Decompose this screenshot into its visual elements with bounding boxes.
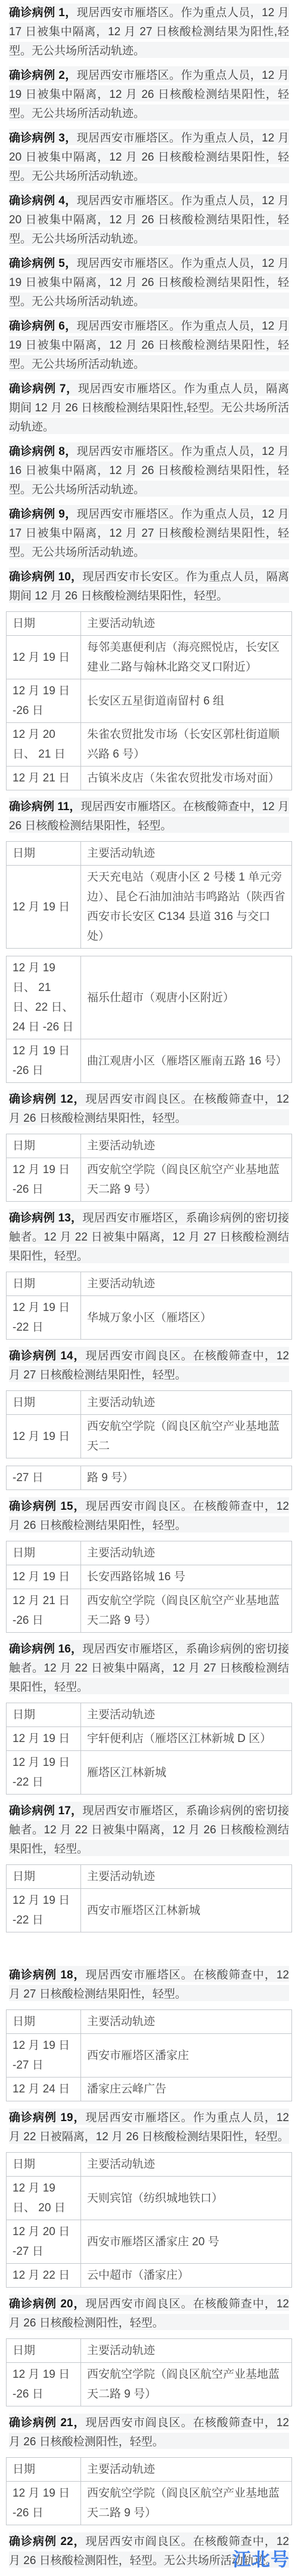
date-header: 日期	[7, 1703, 81, 1727]
case-label: 确诊病例 12，	[9, 1093, 86, 1106]
case-block: 确诊病例 11，现居西安市雁塔区。在核酸筛查中，12 月 26 日核酸检测结果阳…	[0, 798, 298, 1083]
case-paragraph: 确诊病例 10，现居西安市长安区。作为重点人员，隔离期间 12 月 26 日核酸…	[9, 568, 289, 606]
track-cell: 西安航空学院（阎良区航空产业基地蓝天二	[81, 1415, 292, 1458]
case-label: 确诊病例 22，	[9, 2535, 86, 2548]
case-block: 确诊病例 21，现居西安市阎良区。在核酸筛查中，12 月 26 日核酸检测阳性，…	[0, 2414, 298, 2525]
case-paragraph: 确诊病例 1，现居西安市雁塔区。作为重点人员，12 月 17 日被集中隔离，12…	[9, 4, 289, 61]
case-block: 确诊病例 13，现居西安市雁塔区，系确诊病例的密切接触者。12 月 22 日被集…	[0, 1209, 298, 1340]
track-cell: 每邻美惠便利店（海亮熙悦店，长安区建业二路与翰林北路交叉口附近）	[81, 636, 292, 679]
date-cell: 12 月 19 日	[7, 1727, 81, 1751]
activity-table: 日期主要活动轨迹12 月 19 日宇轩便利店（雁塔区江林新城 D 区）12 月 …	[6, 1703, 292, 1795]
track-cell: 西安市雁塔区江林新城	[81, 1889, 292, 1932]
track-cell: 云中超市（潘家庄）	[81, 2264, 292, 2288]
date-header: 日期	[7, 1865, 81, 1889]
case-block: 确诊病例 18，现居西安市雁塔区。在核酸筛查中，12 月 27 日核酸检测结果阳…	[0, 1966, 298, 2101]
date-cell: 12 月 19 日 -26 日	[7, 1039, 81, 1083]
activity-table: 日期主要活动轨迹12 月 19 日 -26 日西安航空学院（阎良区航空产业基地蓝…	[6, 2338, 292, 2406]
table-row: 12 月 19 日 -22 日华城万象小区（雁塔区）	[7, 1296, 292, 1340]
case-label: 确诊病例 17，	[9, 1805, 82, 1817]
table-header-row: 日期主要活动轨迹	[7, 2010, 292, 2034]
case-block: 确诊病例 7，现居西安市雁塔区。作为重点人员，隔离期间 12 月 26 日核酸检…	[0, 380, 298, 437]
table-header-row: 日期主要活动轨迹	[7, 2153, 292, 2177]
watermark: 江北号	[232, 2544, 290, 2571]
case-paragraph: 确诊病例 11，现居西安市雁塔区。在核酸筛查中，12 月 26 日核酸检测结果阳…	[9, 798, 289, 836]
table-header-row: 日期主要活动轨迹	[7, 1703, 292, 1727]
date-cell: 12 月 19 日 -26 日	[7, 2482, 81, 2525]
case-paragraph: 确诊病例 15，现居西安市阎良区。在核酸筛查中，12 月 26 日核酸检测结果阳…	[9, 1497, 289, 1535]
table-row: 12 月 21 日 -26 日西安航空学院（阎良区航空产业基地蓝天二路 9 号）	[7, 1589, 292, 1633]
track-cell: 西安航空学院（阎良区航空产业基地蓝天二路 9 号）	[81, 2482, 292, 2525]
table-row: 12 月 19 日、 21 日、22 日、24 日 -26 日福乐仕超市（观唐小…	[7, 956, 292, 1039]
table-header-row: 日期主要活动轨迹	[7, 1391, 292, 1415]
case-label: 确诊病例 19，	[9, 2112, 86, 2124]
table-row: 12 月 19 日 -26 日西安航空学院（阎良区航空产业基地蓝天二路 9 号）	[7, 2363, 292, 2406]
date-header: 日期	[7, 842, 81, 866]
activity-table: 日期主要活动轨迹12 月 19 日、 20 日天则宾馆（纺织城地铁口）12 月 …	[6, 2152, 292, 2288]
case-label: 确诊病例 20，	[9, 2298, 86, 2310]
track-header: 主要活动轨迹	[81, 1703, 292, 1727]
date-cell: 12 月 19 日 -26 日	[7, 2363, 81, 2406]
date-header: 日期	[7, 1391, 81, 1415]
track-cell: 宇轩便利店（雁塔区江林新城 D 区）	[81, 1727, 292, 1751]
table-row: 12 月 21 日古镇米皮店（朱雀农贸批发市场对面）	[7, 767, 292, 790]
table-row: 12 月 22 日云中超市（潘家庄）	[7, 2264, 292, 2288]
track-header: 主要活动轨迹	[81, 1541, 292, 1565]
case-paragraph: 确诊病例 9，现居西安市雁塔区。作为重点人员，12 月 17 日被集中隔离，12…	[9, 505, 289, 562]
case-label: 确诊病例 9，	[9, 508, 77, 521]
case-block: 确诊病例 17，现居西安市雁塔区，系确诊病例的密切接触者。12 月 22 日被集…	[0, 1802, 298, 1932]
track-header: 主要活动轨迹	[81, 1134, 292, 1158]
track-header: 主要活动轨迹	[81, 1391, 292, 1415]
track-header: 主要活动轨迹	[81, 2339, 292, 2363]
track-cell: 长安西路铭城 16 号	[81, 1565, 292, 1589]
case-block: 确诊病例 1，现居西安市雁塔区。作为重点人员，12 月 17 日被集中隔离，12…	[0, 4, 298, 61]
article-page: 确诊病例 1，现居西安市雁塔区。作为重点人员，12 月 17 日被集中隔离，12…	[0, 0, 298, 2576]
track-header: 主要活动轨迹	[81, 842, 292, 866]
date-cell: 12 月 19 日	[7, 636, 81, 679]
case-block: 确诊病例 19，现居西安市雁塔区。作为重点人员，12 月 22 日被隔离，12 …	[0, 2109, 298, 2288]
activity-table: 日期主要活动轨迹12 月 19 日 -27 日西安市雁塔区潘家庄12 月 24 …	[6, 2009, 292, 2101]
table-header-row: 日期主要活动轨迹	[7, 2458, 292, 2482]
date-header: 日期	[7, 2458, 81, 2482]
table-row: 12 月 20 日、 21 日朱雀农贸批发市场（长安区郭杜街道顺兴路 6 号）	[7, 723, 292, 767]
date-cell: 12 月 21 日 -26 日	[7, 1589, 81, 1633]
track-cell: 雁塔区江林新城	[81, 1751, 292, 1795]
track-cell: 路 9 号）	[81, 1466, 292, 1490]
track-header: 主要活动轨迹	[81, 2153, 292, 2177]
track-cell: 曲江观唐小区（雁塔区雁南五路 16 号）	[81, 1039, 292, 1083]
date-header: 日期	[7, 1272, 81, 1296]
case-paragraph: 确诊病例 14，现居西安市阎良区。在核酸筛查中，12 月 27 日核酸检测结果阳…	[9, 1347, 289, 1385]
case-block: 确诊病例 20，现居西安市阎良区。在核酸筛查中，12 月 26 日核酸检测阳性，…	[0, 2295, 298, 2406]
track-cell: 西安航空学院（阎良区航空产业基地蓝天二路 9 号）	[81, 1158, 292, 1202]
track-cell: 潘家庄云峰广告	[81, 2078, 292, 2101]
activity-table: 日期主要活动轨迹12 月 19 日 -22 日西安市雁塔区江林新城	[6, 1864, 292, 1932]
track-cell: 福乐仕超市（观唐小区附近）	[81, 956, 292, 1039]
table-row: 12 月 19 日天天充电站（观唐小区 2 号楼 1 单元旁边）、昆仑石油加油站…	[7, 866, 292, 949]
table-row: 12 月 19 日 -22 日雁塔区江林新城	[7, 1751, 292, 1795]
track-cell: 华城万象小区（雁塔区）	[81, 1296, 292, 1340]
date-cell: 12 月 24 日	[7, 2078, 81, 2101]
track-header: 主要活动轨迹	[81, 1272, 292, 1296]
date-cell: 12 月 19 日 -26 日	[7, 1158, 81, 1202]
case-paragraph: 确诊病例 12，现居西安市阎良区。在核酸筛查中，12 月 26 日核酸检测结果阳…	[9, 1090, 289, 1128]
case-block: 确诊病例 14，现居西安市阎良区。在核酸筛查中，12 月 27 日核酸检测结果阳…	[0, 1347, 298, 1490]
case-paragraph: 确诊病例 7，现居西安市雁塔区。作为重点人员，隔离期间 12 月 26 日核酸检…	[9, 380, 289, 437]
table-row: -27 日路 9 号）	[7, 1466, 292, 1490]
case-label: 确诊病例 2，	[9, 69, 77, 82]
case-paragraph: 确诊病例 20，现居西安市阎良区。在核酸筛查中，12 月 26 日核酸检测阳性，…	[9, 2295, 289, 2333]
case-block: 确诊病例 2，现居西安市雁塔区。作为重点人员，12 月 19 日被集中隔离，12…	[0, 66, 298, 124]
case-label: 确诊病例 4，	[9, 195, 77, 207]
case-label: 确诊病例 16，	[9, 1643, 82, 1655]
case-paragraph: 确诊病例 4，现居西安市雁塔区。作为重点人员，12 月 20 日被集中隔离，12…	[9, 192, 289, 249]
table-row: 12 月 19 日长安西路铭城 16 号	[7, 1565, 292, 1589]
table-row: 12 月 19 日 -26 日长安区五星街道南留村 6 组	[7, 679, 292, 723]
table-row: 12 月 19 日西安航空学院（阎良区航空产业基地蓝天二	[7, 1415, 292, 1458]
table-header-row: 日期主要活动轨迹	[7, 842, 292, 866]
date-header: 日期	[7, 612, 81, 636]
case-block: 确诊病例 4，现居西安市雁塔区。作为重点人员，12 月 20 日被集中隔离，12…	[0, 192, 298, 249]
date-header: 日期	[7, 2153, 81, 2177]
case-block: 确诊病例 9，现居西安市雁塔区。作为重点人员，12 月 17 日被集中隔离，12…	[0, 505, 298, 562]
case-label: 确诊病例 11，	[9, 801, 80, 813]
case-paragraph: 确诊病例 17，现居西安市雁塔区，系确诊病例的密切接触者。12 月 22 日被集…	[9, 1802, 289, 1859]
case-list: 确诊病例 1，现居西安市雁塔区。作为重点人员，12 月 17 日被集中隔离，12…	[0, 4, 298, 2571]
case-paragraph: 确诊病例 19，现居西安市雁塔区。作为重点人员，12 月 22 日被隔离，12 …	[9, 2109, 289, 2147]
case-block: 确诊病例 6，现居西安市雁塔区。作为重点人员，12 月 19 日被集中隔离，12…	[0, 317, 298, 374]
case-label: 确诊病例 7，	[9, 383, 78, 395]
case-label: 确诊病例 10，	[9, 571, 82, 583]
table-row: 12 月 24 日潘家庄云峰广告	[7, 2078, 292, 2101]
date-header: 日期	[7, 1541, 81, 1565]
activity-table: 日期主要活动轨迹12 月 19 日长安西路铭城 16 号12 月 21 日 -2…	[6, 1541, 292, 1633]
table-row: 12 月 20 日 -27 日西安市雁塔区潘家庄 20 号	[7, 2220, 292, 2264]
date-cell: 12 月 19 日、 21 日、22 日、24 日 -26 日	[7, 956, 81, 1039]
date-cell: 12 月 19 日 -22 日	[7, 1296, 81, 1340]
track-cell: 朱雀农贸批发市场（长安区郭杜街道顺兴路 6 号）	[81, 723, 292, 767]
case-label: 确诊病例 21，	[9, 2417, 86, 2429]
table-header-row: 日期主要活动轨迹	[7, 1865, 292, 1889]
case-label: 确诊病例 18，	[9, 1969, 86, 1981]
track-header: 主要活动轨迹	[81, 2010, 292, 2034]
date-header: 日期	[7, 1134, 81, 1158]
date-cell: 12 月 19 日	[7, 866, 81, 949]
date-cell: 12 月 19 日、 20 日	[7, 2177, 81, 2220]
date-header: 日期	[7, 2010, 81, 2034]
table-row: 12 月 19 日 -26 日曲江观唐小区（雁塔区雁南五路 16 号）	[7, 1039, 292, 1083]
track-cell: 长安区五星街道南留村 6 组	[81, 679, 292, 723]
date-cell: 12 月 20 日、 21 日	[7, 723, 81, 767]
date-cell: 12 月 19 日 -22 日	[7, 1889, 81, 1932]
table-header-row: 日期主要活动轨迹	[7, 2339, 292, 2363]
activity-table: 日期主要活动轨迹12 月 19 日 -26 日西安航空学院（阎良区航空产业基地蓝…	[6, 2457, 292, 2525]
activity-table: 日期主要活动轨迹12 月 19 日 -22 日华城万象小区（雁塔区）	[6, 1272, 292, 1340]
date-cell: 12 月 19 日	[7, 1565, 81, 1589]
case-label: 确诊病例 15，	[9, 1500, 86, 1513]
case-label: 确诊病例 5，	[9, 257, 77, 270]
track-cell: 西安航空学院（阎良区航空产业基地蓝天二路 9 号）	[81, 1589, 292, 1633]
case-paragraph: 确诊病例 5，现居西安市雁塔区。作为重点人员，12 月 19 日被集中隔离，12…	[9, 254, 289, 312]
track-cell: 西安航空学院（阎良区航空产业基地蓝天二路 9 号）	[81, 2363, 292, 2406]
table-header-row: 日期主要活动轨迹	[7, 1541, 292, 1565]
case-paragraph: 确诊病例 2，现居西安市雁塔区。作为重点人员，12 月 19 日被集中隔离，12…	[9, 66, 289, 124]
track-cell: 天天充电站（观唐小区 2 号楼 1 单元旁边）、昆仑石油加油站韦鸣路站（陕西省西…	[81, 866, 292, 949]
activity-table: 日期主要活动轨迹12 月 19 日天天充电站（观唐小区 2 号楼 1 单元旁边）…	[6, 841, 292, 949]
activity-table: 日期主要活动轨迹12 月 19 日 -26 日西安航空学院（阎良区航空产业基地蓝…	[6, 1134, 292, 1202]
table-row: 12 月 19 日、 20 日天则宾馆（纺织城地铁口）	[7, 2177, 292, 2220]
table-row: 12 月 19 日宇轩便利店（雁塔区江林新城 D 区）	[7, 1727, 292, 1751]
activity-table: -27 日路 9 号）	[6, 1466, 292, 1490]
case-block: 确诊病例 15，现居西安市阎良区。在核酸筛查中，12 月 26 日核酸检测结果阳…	[0, 1497, 298, 1633]
date-cell: 12 月 19 日 -26 日	[7, 679, 81, 723]
table-row: 12 月 19 日 -22 日西安市雁塔区江林新城	[7, 1889, 292, 1932]
date-cell: 12 月 22 日	[7, 2264, 81, 2288]
track-header: 主要活动轨迹	[81, 1865, 292, 1889]
case-label: 确诊病例 1，	[9, 7, 77, 19]
date-cell: 12 月 19 日 -27 日	[7, 2034, 81, 2078]
case-block: 确诊病例 10，现居西安市长安区。作为重点人员，隔离期间 12 月 26 日核酸…	[0, 568, 298, 790]
track-cell: 天则宾馆（纺织城地铁口）	[81, 2177, 292, 2220]
table-row: 12 月 19 日 -27 日西安市雁塔区潘家庄	[7, 2034, 292, 2078]
case-block: 确诊病例 8，现居西安市雁塔区。作为重点人员，12 月 16 日被集中隔离，12…	[0, 442, 298, 500]
case-paragraph: 确诊病例 21，现居西安市阎良区。在核酸筛查中，12 月 26 日核酸检测阳性，…	[9, 2414, 289, 2452]
case-paragraph: 确诊病例 16，现居西安市雁塔区，系确诊病例的密切接触者。12 月 22 日被集…	[9, 1640, 289, 1697]
activity-table: 12 月 19 日、 21 日、22 日、24 日 -26 日福乐仕超市（观唐小…	[6, 956, 292, 1083]
date-cell: 12 月 19 日	[7, 1415, 81, 1458]
case-block: 确诊病例 5，现居西安市雁塔区。作为重点人员，12 月 19 日被集中隔离，12…	[0, 254, 298, 312]
activity-table: 日期主要活动轨迹12 月 19 日每邻美惠便利店（海亮熙悦店，长安区建业二路与翰…	[6, 611, 292, 790]
case-paragraph: 确诊病例 3，现居西安市雁塔区。作为重点人员，12 月 20 日被集中隔离，12…	[9, 129, 289, 186]
case-block: 确诊病例 12，现居西安市阎良区。在核酸筛查中，12 月 26 日核酸检测结果阳…	[0, 1090, 298, 1202]
table-header-row: 日期主要活动轨迹	[7, 1272, 292, 1296]
case-block: 确诊病例 16，现居西安市雁塔区，系确诊病例的密切接触者。12 月 22 日被集…	[0, 1640, 298, 1795]
track-cell: 西安市雁塔区潘家庄 20 号	[81, 2220, 292, 2264]
table-row: 12 月 19 日 -26 日西安航空学院（阎良区航空产业基地蓝天二路 9 号）	[7, 2482, 292, 2525]
case-block: 确诊病例 3，现居西安市雁塔区。作为重点人员，12 月 20 日被集中隔离，12…	[0, 129, 298, 186]
case-label: 确诊病例 8，	[9, 445, 77, 458]
track-header: 主要活动轨迹	[81, 2458, 292, 2482]
track-cell: 西安市雁塔区潘家庄	[81, 2034, 292, 2078]
date-cell: 12 月 19 日 -22 日	[7, 1751, 81, 1795]
date-cell: -27 日	[7, 1466, 81, 1490]
table-row: 12 月 19 日每邻美惠便利店（海亮熙悦店，长安区建业二路与翰林北路交叉口附近…	[7, 636, 292, 679]
table-header-row: 日期主要活动轨迹	[7, 612, 292, 636]
case-paragraph: 确诊病例 6，现居西安市雁塔区。作为重点人员，12 月 19 日被集中隔离，12…	[9, 317, 289, 374]
table-header-row: 日期主要活动轨迹	[7, 1134, 292, 1158]
date-cell: 12 月 21 日	[7, 767, 81, 790]
case-label: 确诊病例 14，	[9, 1350, 86, 1362]
case-paragraph: 确诊病例 18，现居西安市雁塔区。在核酸筛查中，12 月 27 日核酸检测结果阳…	[9, 1966, 289, 2004]
case-paragraph: 确诊病例 13，现居西安市雁塔区，系确诊病例的密切接触者。12 月 22 日被集…	[9, 1209, 289, 1266]
case-label: 确诊病例 13，	[9, 1212, 82, 1224]
activity-table: 日期主要活动轨迹12 月 19 日西安航空学院（阎良区航空产业基地蓝天二	[6, 1390, 292, 1458]
case-paragraph: 确诊病例 8，现居西安市雁塔区。作为重点人员，12 月 16 日被集中隔离，12…	[9, 442, 289, 500]
date-header: 日期	[7, 2339, 81, 2363]
date-cell: 12 月 20 日 -27 日	[7, 2220, 81, 2264]
table-row: 12 月 19 日 -26 日西安航空学院（阎良区航空产业基地蓝天二路 9 号）	[7, 1158, 292, 1202]
track-header: 主要活动轨迹	[81, 612, 292, 636]
track-cell: 古镇米皮店（朱雀农贸批发市场对面）	[81, 767, 292, 790]
case-label: 确诊病例 3，	[9, 132, 77, 144]
case-label: 确诊病例 6，	[9, 320, 77, 333]
